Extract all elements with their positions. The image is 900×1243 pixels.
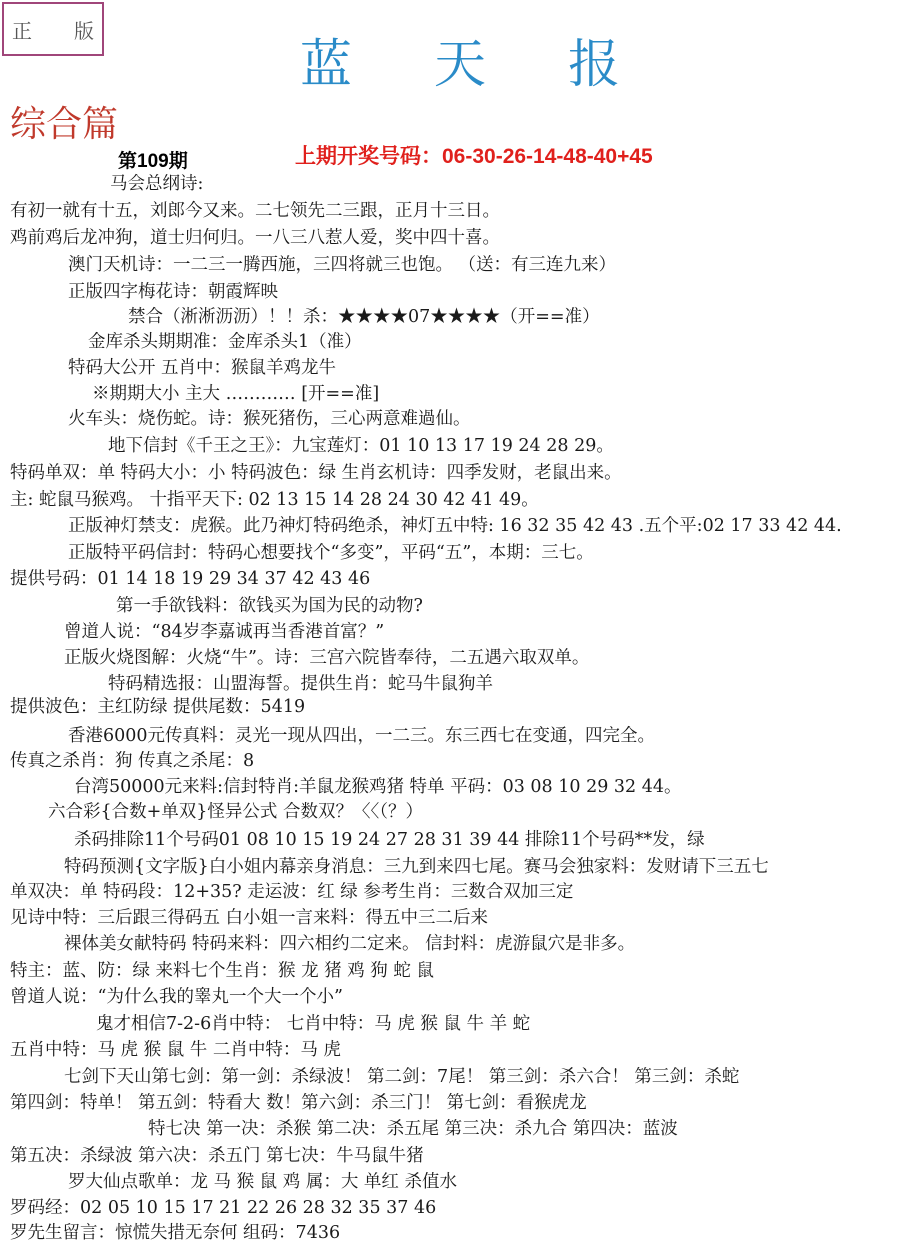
text-line: 特码精选报：山盟海誓。提供生肖：蛇马牛鼠狗羊 bbox=[108, 673, 493, 695]
authentic-edition-badge: 正 版 bbox=[2, 2, 104, 56]
last-draw-numbers: 上期开奖号码：06-30-26-14-48-40+45 bbox=[295, 140, 653, 170]
text-line: 马会总纲诗: bbox=[110, 173, 203, 195]
text-line: 鸡前鸡后龙冲狗，道士归何归。一八三八惹人爱，奖中四十喜。 bbox=[10, 227, 500, 249]
text-line: 见诗中特：三后跟三得码五 白小姐一言来料：得五中三二后来 bbox=[10, 907, 488, 929]
newspaper-title: 蓝 天 报 bbox=[300, 22, 620, 97]
text-line: 禁合（淅淅沥沥）！！杀：★★★★07★★★★（开==准） bbox=[128, 306, 600, 328]
text-line: 正版神灯禁支：虎猴。此乃神灯特码绝杀，神灯五中特: 16 32 35 42 43… bbox=[68, 515, 842, 537]
text-line: 金库杀头期期准：金库杀头1（准） bbox=[88, 331, 362, 353]
text-line: 台湾50000元来料:信封特肖:羊鼠龙猴鸡猪 特单 平码：03 08 10 29… bbox=[74, 776, 682, 798]
text-line: 特七决 第一决：杀猴 第二决：杀五尾 第三决：杀九合 第四决：蓝波 bbox=[148, 1118, 678, 1140]
text-line: 裸体美女献特码 特码来料：四六相约二定来。 信封料：虎游鼠穴是非多。 bbox=[64, 933, 635, 955]
text-line: 鬼才相信7-2-6肖中特： 七肖中特：马 虎 猴 鼠 牛 羊 蛇 bbox=[96, 1013, 530, 1035]
text-line: 火车头：烧伤蛇。诗：猴死猪伤，三心两意难過仙。 bbox=[68, 408, 471, 430]
text-line: 五肖中特：马 虎 猴 鼠 牛 二肖中特：马 虎 bbox=[10, 1039, 341, 1061]
title-char-3: 报 bbox=[568, 22, 620, 97]
text-line: 香港6000元传真料：灵光一现从四出，一二三。东三西七在变通，四完全。 bbox=[68, 725, 655, 747]
text-line: 罗码经：02 05 10 15 17 21 22 26 28 32 35 37 … bbox=[10, 1197, 436, 1219]
text-line: 特码单双：单 特码大小：小 特码波色：绿 生肖玄机诗：四季发财，老鼠出来。 bbox=[10, 462, 622, 484]
text-line: 有初一就有十五，刘郎今又来。二七领先二三跟，正月十三日。 bbox=[10, 200, 500, 222]
text-line: 特主：蓝、防：绿 来料七个生肖：猴 龙 猪 鸡 狗 蛇 鼠 bbox=[10, 960, 434, 982]
text-line: 正版四字梅花诗：朝霞辉映 bbox=[68, 281, 278, 303]
text-line: 传真之杀肖：狗 传真之杀尾：8 bbox=[10, 750, 254, 772]
text-line: 单双决：单 特码段：12+35? 走运波：红 绿 参考生肖：三数合双加三定 bbox=[10, 881, 573, 903]
text-line: 正版火烧图解：火烧“牛”。诗：三宫六院皆奉待，二五遇六取双单。 bbox=[64, 647, 589, 669]
badge-char-1: 正 bbox=[12, 15, 32, 44]
text-line: 特码预测{文字版}白小姐内幕亲身消息：三九到来四七尾。赛马会独家料：发财请下三五… bbox=[64, 856, 769, 878]
text-line: 杀码排除11个号码01 08 10 15 19 24 27 28 31 39 4… bbox=[74, 829, 705, 851]
text-line: 七剑下天山第七剑：第一剑：杀绿波！ 第二剑：7尾！ 第三剑：杀六合！ 第三剑：杀… bbox=[64, 1066, 739, 1088]
text-line: 提供波色：主红防绿 提供尾数：5419 bbox=[10, 696, 305, 718]
text-line: 曾道人说：“为什么我的睾丸一个大一个小” bbox=[10, 986, 343, 1008]
text-line: 罗先生留言：惊慌失措无奈何 组码：7436 bbox=[10, 1222, 340, 1243]
text-line: 第五决：杀绿波 第六决：杀五门 第七决：牛马鼠牛猪 bbox=[10, 1145, 424, 1167]
text-line: ※期期大小 主大 ………… [开==准] bbox=[92, 383, 379, 405]
text-line: 第四剑：特单！ 第五剑：特看大 数！第六剑：杀三门！ 第七剑：看猴虎龙 bbox=[10, 1092, 587, 1114]
text-line: 澳门天机诗：一二三一腾西施，三四将就三也饱。 （送：有三连九来） bbox=[68, 254, 616, 276]
badge-char-2: 版 bbox=[74, 15, 94, 44]
text-line: 提供号码：01 14 18 19 29 34 37 42 43 46 bbox=[10, 568, 370, 590]
title-char-2: 天 bbox=[434, 22, 486, 97]
text-line: 特码大公开 五肖中：猴鼠羊鸡龙牛 bbox=[68, 357, 336, 379]
text-line: 正版特平码信封：特码心想要找个“多变”，平码“五”，本期：三七。 bbox=[68, 542, 594, 564]
text-line: 曾道人说：“84岁李嘉诚再当香港首富？” bbox=[64, 621, 384, 643]
title-char-1: 蓝 bbox=[300, 22, 352, 97]
section-heading: 综合篇 bbox=[10, 96, 118, 147]
issue-number: 第109期 bbox=[118, 146, 188, 173]
text-line: 六合彩{合数+单双}怪异公式 合数双？〈〈（？） bbox=[48, 801, 423, 823]
text-line: 罗大仙点歌单：龙 马 猴 鼠 鸡 属：大 单红 杀值水 bbox=[68, 1171, 457, 1193]
text-line: 第一手欲钱料：欲钱买为国为民的动物? bbox=[116, 595, 423, 617]
text-line: 地下信封《千王之王》：九宝莲灯：01 10 13 17 19 24 28 29。 bbox=[108, 435, 614, 457]
text-line: 主: 蛇鼠马猴鸡。 十指平天下: 02 13 15 14 28 24 30 42… bbox=[10, 489, 539, 511]
